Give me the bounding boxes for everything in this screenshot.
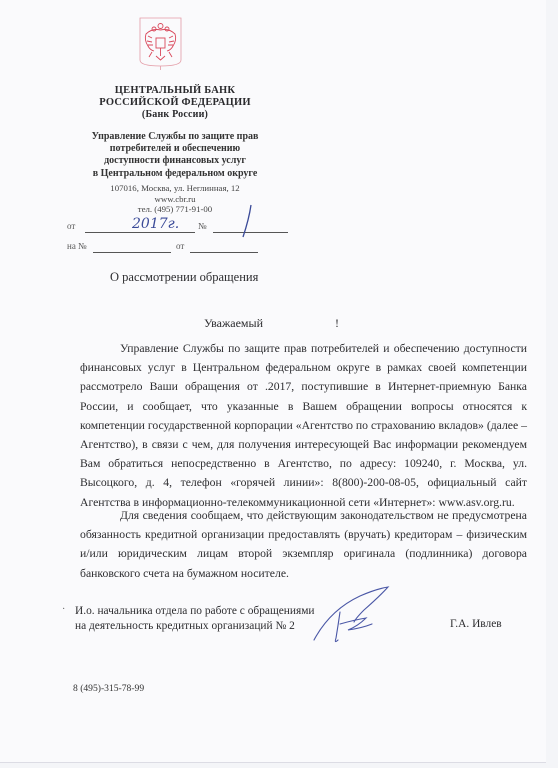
salutation-exclamation: ! xyxy=(335,316,339,331)
body-paragraph-1: Управление Службы по защите прав потреби… xyxy=(80,339,527,512)
bank-name-line2: РОССИЙСКОЙ ФЕДЕРАЦИИ xyxy=(60,97,290,109)
reply-from-label: от xyxy=(176,241,184,251)
department-line: потребителей и обеспечению xyxy=(60,143,290,155)
number-label: № xyxy=(198,221,207,231)
reply-number-line xyxy=(93,252,171,253)
from-label: от xyxy=(67,221,75,231)
paragraph-text: Управление Службы по защите прав потреби… xyxy=(80,339,527,512)
date-line xyxy=(85,232,195,233)
department-name: Управление Службы по защите прав потреби… xyxy=(60,131,290,180)
department-line: Управление Службы по защите прав xyxy=(60,131,290,143)
handwritten-date: 2017г. xyxy=(132,216,179,232)
executor-phone: 8 (495)-315-78-99 xyxy=(73,683,144,694)
department-line: в Центральном федеральном округе xyxy=(60,168,290,180)
reply-date-line xyxy=(190,252,258,253)
paragraph-text: Для сведения сообщаем, что действующим з… xyxy=(80,506,527,583)
bank-name-short: (Банк России) xyxy=(60,109,290,121)
reply-number-label: на № xyxy=(67,241,87,251)
department-line: доступности финансовых услуг xyxy=(60,155,290,167)
bank-name-line1: ЦЕНТРАЛЬНЫЙ БАНК xyxy=(60,85,290,97)
letter-page: ЦЕНТРАЛЬНЫЙ БАНК РОССИЙСКОЙ ФЕДЕРАЦИИ (Б… xyxy=(0,0,546,763)
position-line: И.о. начальника отдела по работе с обращ… xyxy=(75,604,315,619)
handwritten-signature-icon xyxy=(310,580,400,646)
contact-block: 107016, Москва, ул. Неглинная, 12 www.cb… xyxy=(60,183,290,215)
bank-name: ЦЕНТРАЛЬНЫЙ БАНК РОССИЙСКОЙ ФЕДЕРАЦИИ (Б… xyxy=(60,85,290,121)
salutation: Уважаемый xyxy=(204,316,263,331)
office-phone: тел. (495) 771-91-00 xyxy=(60,204,290,215)
handwritten-slash-icon xyxy=(240,203,254,239)
signatory-name: Г.А. Ивлев xyxy=(450,618,502,630)
signatory-position: И.о. начальника отдела по работе с обращ… xyxy=(75,604,315,633)
postal-address: 107016, Москва, ул. Неглинная, 12 xyxy=(60,183,290,194)
position-line: на деятельность кредитных организаций № … xyxy=(75,619,315,634)
body-paragraph-2: Для сведения сообщаем, что действующим з… xyxy=(80,506,527,583)
website: www.cbr.ru xyxy=(60,194,290,205)
margin-mark: · xyxy=(62,604,65,615)
russian-coat-of-arms-icon xyxy=(138,16,183,72)
letter-subject: О рассмотрении обращения xyxy=(110,270,258,285)
